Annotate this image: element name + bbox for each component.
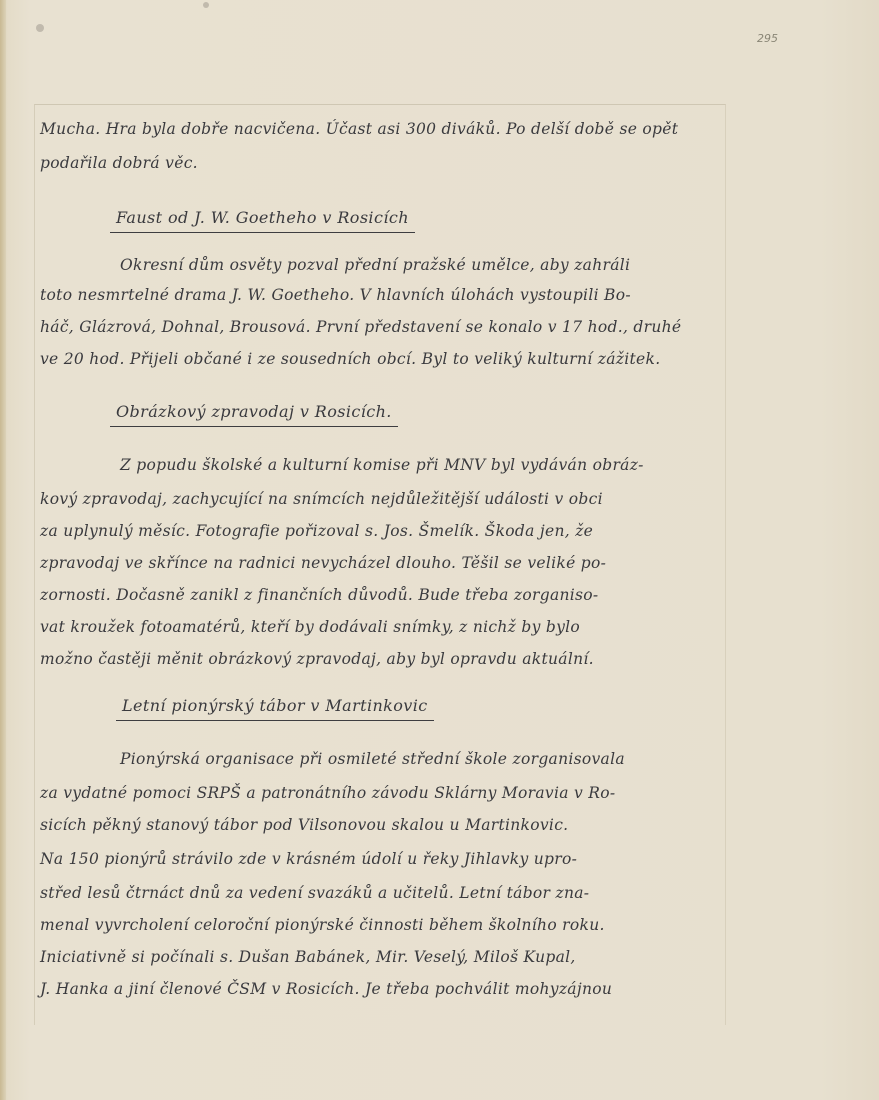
section-heading: Letní pionýrský tábor v Martinkovic bbox=[116, 694, 434, 721]
paragraph-line: možno častěji měnit obrázkový zpravodaj,… bbox=[40, 648, 730, 670]
document-page: 295 Mucha. Hra byla dobře nacvičena. Úča… bbox=[0, 0, 879, 1100]
ink-smudge bbox=[203, 2, 209, 8]
paragraph-line: Iniciativně si počínali s. Dušan Babánek… bbox=[40, 946, 730, 968]
page-number: 295 bbox=[757, 32, 778, 45]
ink-smudge bbox=[36, 24, 44, 32]
paragraph-line: háč, Glázrová, Dohnal, Brousová. První p… bbox=[40, 316, 730, 338]
paragraph-line: Pionýrská organisace při osmileté středn… bbox=[40, 748, 730, 770]
text-line: podařila dobrá věc. bbox=[40, 152, 730, 174]
paragraph-line: střed lesů čtrnáct dnů za vedení svazáků… bbox=[40, 882, 730, 904]
paragraph-line: Okresní dům osvěty pozval přední pražské… bbox=[40, 254, 730, 276]
paragraph-line: vat kroužek fotoamatérů, kteří by dodáva… bbox=[40, 616, 730, 638]
text-line: Mucha. Hra byla dobře nacvičena. Účast a… bbox=[40, 118, 730, 140]
paragraph-line: Na 150 pionýrů strávilo zde v krásném úd… bbox=[40, 848, 730, 870]
paragraph-line: za uplynulý měsíc. Fotografie pořizoval … bbox=[40, 520, 730, 542]
paragraph-line: menal vyvrcholení celoroční pionýrské či… bbox=[40, 914, 730, 936]
paragraph-line: zornosti. Dočasně zanikl z finančních dů… bbox=[40, 584, 730, 606]
paragraph-line: zpravodaj ve skřínce na radnici nevycház… bbox=[40, 552, 730, 574]
paragraph-line: kový zpravodaj, zachycující na snímcích … bbox=[40, 488, 730, 510]
section-heading: Faust od J. W. Goetheho v Rosicích bbox=[110, 206, 415, 233]
paragraph-line: toto nesmrtelné drama J. W. Goetheho. V … bbox=[40, 284, 730, 306]
page-binding-edge bbox=[0, 0, 6, 1100]
paragraph-line: sicích pěkný stanový tábor pod Vilsonovo… bbox=[40, 814, 730, 836]
paragraph-line: Z popudu školské a kulturní komise při M… bbox=[40, 454, 730, 476]
paragraph-line: ve 20 hod. Přijeli občané i ze sousedníc… bbox=[40, 348, 730, 370]
paragraph-line: za vydatné pomoci SRPŠ a patronátního zá… bbox=[40, 782, 730, 804]
section-heading: Obrázkový zpravodaj v Rosicích. bbox=[110, 400, 398, 427]
paragraph-line: J. Hanka a jiní členové ČSM v Rosicích. … bbox=[40, 978, 730, 1000]
